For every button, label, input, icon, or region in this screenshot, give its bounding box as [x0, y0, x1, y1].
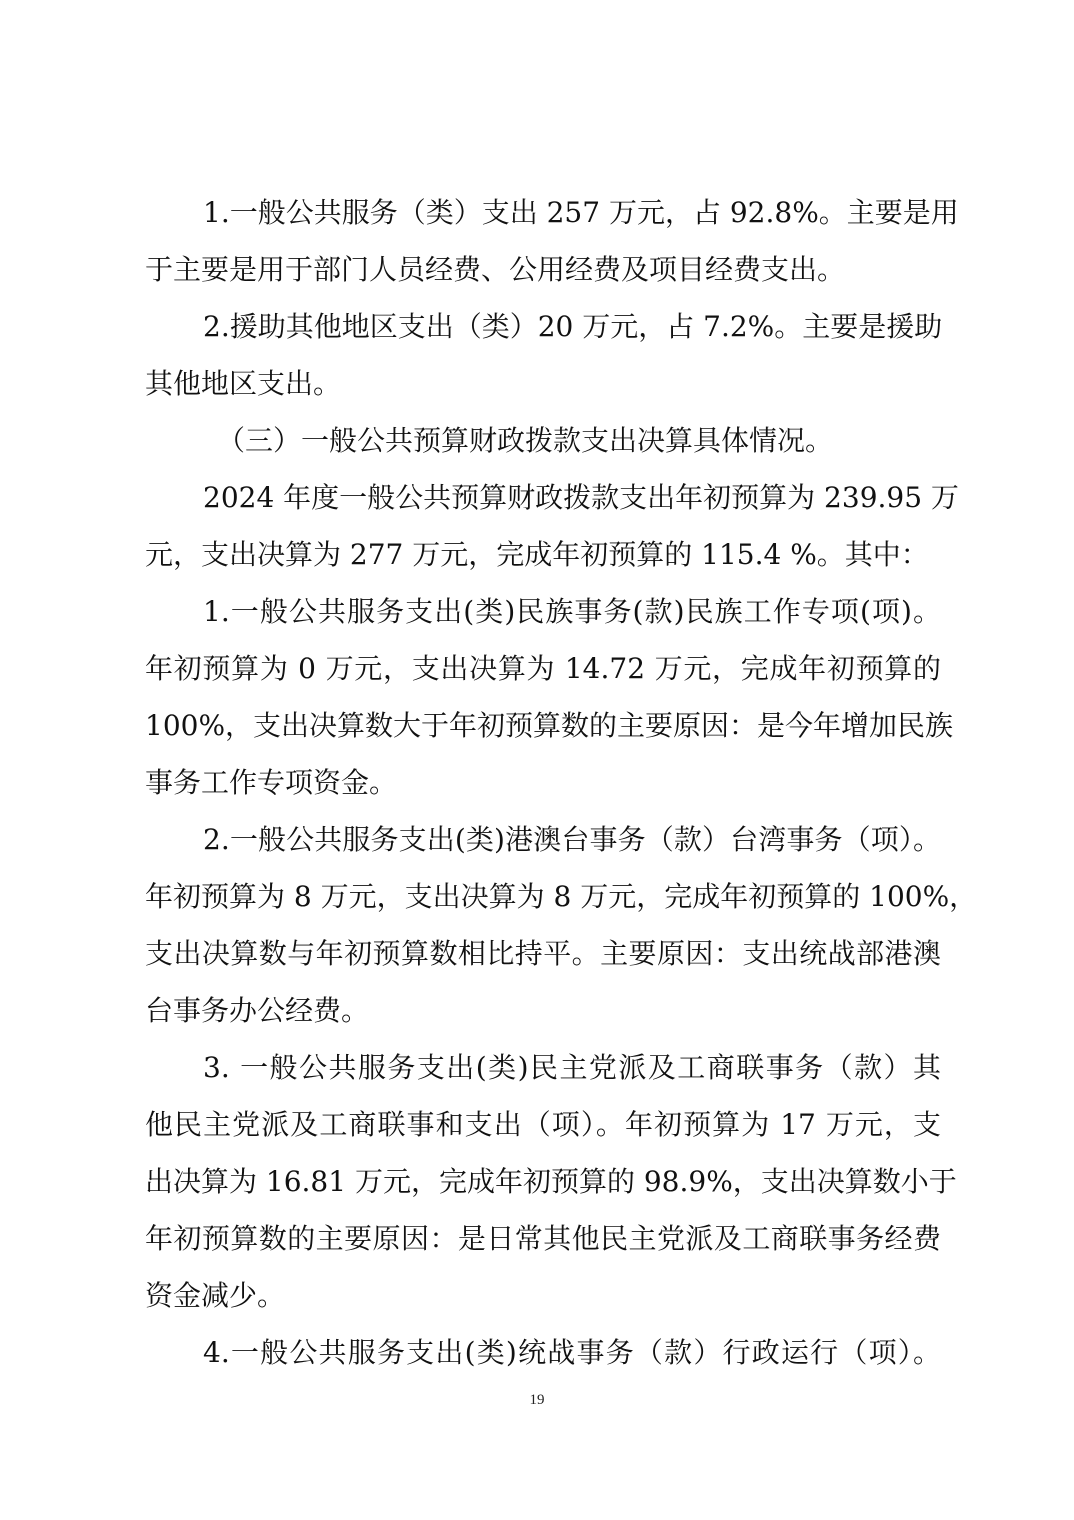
page-number: 19 [0, 1392, 1074, 1409]
paragraph-line: 2.一般公共服务支出(类)港澳台事务（款）台湾事务（项）。 [145, 811, 941, 868]
document-body: 1.一般公共服务（类）支出 257 万元，占 92.8%。主要是用 于主要是用于… [145, 184, 941, 1381]
paragraph-line: 3. 一般公共服务支出(类)民主党派及工商联事务（款）其 [145, 1039, 941, 1096]
paragraph-line: 2024 年度一般公共预算财政拨款支出年初预算为 239.95 万 [145, 469, 941, 526]
paragraph-line: 年初预算为 0 万元，支出决算为 14.72 万元，完成年初预算的 [145, 640, 941, 697]
paragraph-line: 1.一般公共服务（类）支出 257 万元，占 92.8%。主要是用 [145, 184, 941, 241]
paragraph-line: 100%，支出决算数大于年初预算数的主要原因：是今年增加民族 [145, 697, 941, 754]
paragraph-line: 年初预算为 8 万元，支出决算为 8 万元，完成年初预算的 100%， [145, 868, 941, 925]
paragraph-line: 台事务办公经费。 [145, 982, 941, 1039]
paragraph-line: 出决算为 16.81 万元，完成年初预算的 98.9%，支出决算数小于 [145, 1153, 941, 1210]
section-heading: （三）一般公共预算财政拨款支出决算具体情况。 [145, 412, 941, 469]
paragraph-line: 2.援助其他地区支出（类）20 万元，占 7.2%。主要是援助 [145, 298, 941, 355]
paragraph-line: 元，支出决算为 277 万元，完成年初预算的 115.4 %。其中： [145, 526, 941, 583]
paragraph-line: 支出决算数与年初预算数相比持平。主要原因：支出统战部港澳 [145, 925, 941, 982]
paragraph-line: 于主要是用于部门人员经费、公用经费及项目经费支出。 [145, 241, 941, 298]
paragraph-line: 1.一般公共服务支出(类)民族事务(款)民族工作专项(项)。 [145, 583, 941, 640]
paragraph-line: 年初预算数的主要原因：是日常其他民主党派及工商联事务经费 [145, 1210, 941, 1267]
paragraph-line: 其他地区支出。 [145, 355, 941, 412]
paragraph-line: 他民主党派及工商联事和支出（项）。年初预算为 17 万元，支 [145, 1096, 941, 1153]
paragraph-line: 资金减少。 [145, 1267, 941, 1324]
paragraph-line: 事务工作专项资金。 [145, 754, 941, 811]
paragraph-line: 4.一般公共服务支出(类)统战事务（款）行政运行（项）。 [145, 1324, 941, 1381]
